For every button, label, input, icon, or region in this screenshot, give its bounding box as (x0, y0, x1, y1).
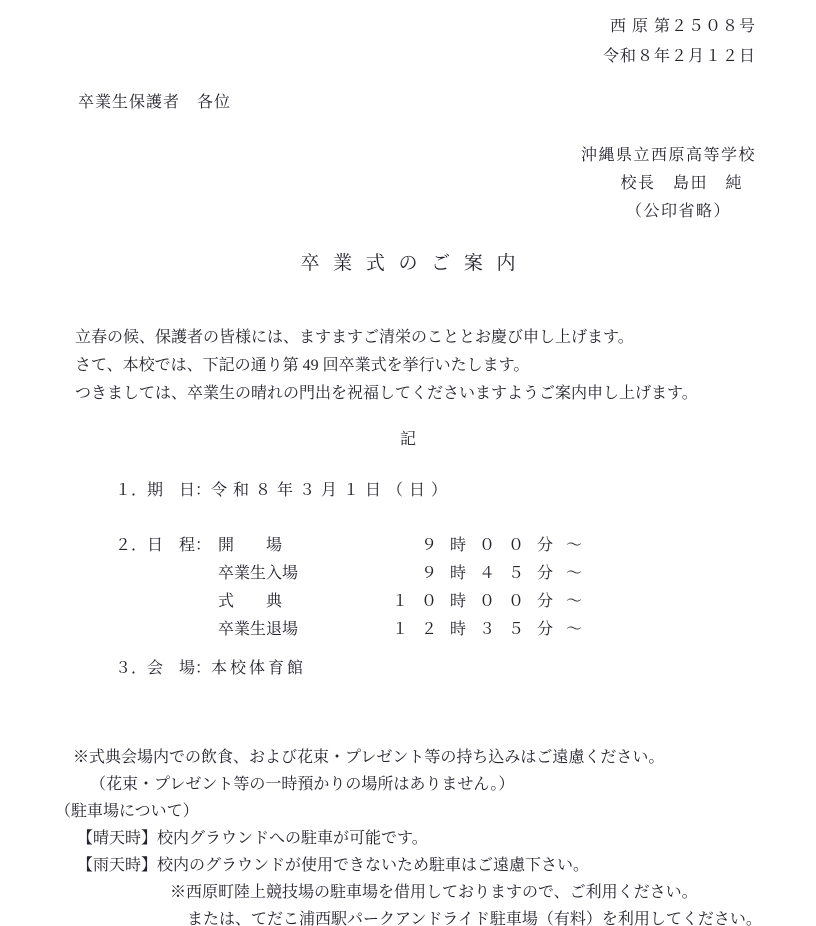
event-time: ９時００分～ (385, 532, 595, 560)
issue-date: 令和８年２月１２日 (0, 42, 756, 72)
notes-section: ※式典会場内での飲食、および花束・プレゼント等の持ち込みはご遠慮ください。 （花… (0, 744, 816, 926)
doc-number: 西 原 第２５０８号 (0, 12, 756, 42)
event-time: ９時４５分～ (385, 560, 595, 588)
event-name: 式 典 (218, 588, 385, 616)
document-header-block: 西 原 第２５０８号 令和８年２月１２日 (0, 0, 756, 72)
greeting-line-2: さて、本校では、下記の通り第 49 回卒業式を挙行いたします。 (75, 352, 776, 380)
note-line-parking-heading: （駐車場について） (55, 798, 816, 825)
event-time: １２時３５分～ (385, 616, 595, 644)
sender-block: 沖縄県立西原高等学校 校長 島田 純 （公印省略） (0, 142, 816, 226)
event-name: 卒業生退場 (218, 616, 385, 644)
record-marker: 記 (0, 426, 816, 454)
seal-omitted-note: （公印省略） (0, 198, 731, 226)
note-line-park-and-ride: または、てだこ浦西駅パークアンドライド駐車場（有料）を利用してください。 (187, 906, 816, 926)
schedule-row: 卒業生退場 １２時３５分～ (115, 616, 816, 644)
period-label: １．期 日： (115, 482, 211, 499)
schedule-row: 式 典 １０時００分～ (115, 588, 816, 616)
schedule-row: 卒業生入場 ９時４５分～ (115, 560, 816, 588)
period-item: １．期 日：令和８年３月１日（日） (115, 478, 816, 504)
note-line-fine-weather: 【晴天時】校内グラウンドへの駐車が可能です。 (77, 825, 816, 852)
venue-value: 本校体育館 (211, 660, 306, 677)
document-title: 卒業式のご案内 (0, 250, 816, 278)
recipient: 卒業生保護者 各位 (78, 90, 816, 116)
event-name: 卒業生入場 (218, 560, 385, 588)
principal-name: 校長 島田 純 (0, 170, 743, 198)
note-line-no-storage: （花束・プレゼント等の一時預かりの場所はありません。） (90, 771, 816, 798)
greeting-line-1: 立春の候、保護者の皆様には、ますますご清栄のこととお慶び申し上げます。 (75, 324, 776, 352)
note-line-rainy-weather: 【雨天時】校内のグラウンドが使用できないため駐車はご遠慮下さい。 (77, 852, 816, 879)
body-text: 立春の候、保護者の皆様には、ますますご清栄のこととお慶び申し上げます。 さて、本… (75, 324, 776, 408)
event-time: １０時００分～ (385, 588, 595, 616)
venue-item: ３．会 場：本校体育館 (115, 656, 816, 682)
period-value: 令和８年３月１日（日） (211, 482, 453, 499)
school-name: 沖縄県立西原高等学校 (0, 142, 756, 170)
greeting-line-3: つきましては、卒業生の晴れの門出を祝福してくださいますようご案内申し上げます。 (75, 380, 776, 408)
schedule-label: ２．日 程： (115, 532, 218, 560)
note-line-stadium-parking: ※西原町陸上競技場の駐車場を借用しておりますので、ご利用ください。 (170, 879, 816, 906)
note-line-no-food: ※式典会場内での飲食、および花束・プレゼント等の持ち込みはご遠慮ください。 (73, 744, 816, 771)
schedule-section: ２．日 程： 開 場 ９時００分～ 卒業生入場 ９時４５分～ 式 典 １０時００… (115, 532, 816, 644)
venue-label: ３．会 場： (115, 660, 211, 677)
event-name: 開 場 (218, 532, 385, 560)
letter-document: 西 原 第２５０８号 令和８年２月１２日 卒業生保護者 各位 沖縄県立西原高等学… (0, 0, 816, 926)
schedule-row: ２．日 程： 開 場 ９時００分～ (115, 532, 816, 560)
